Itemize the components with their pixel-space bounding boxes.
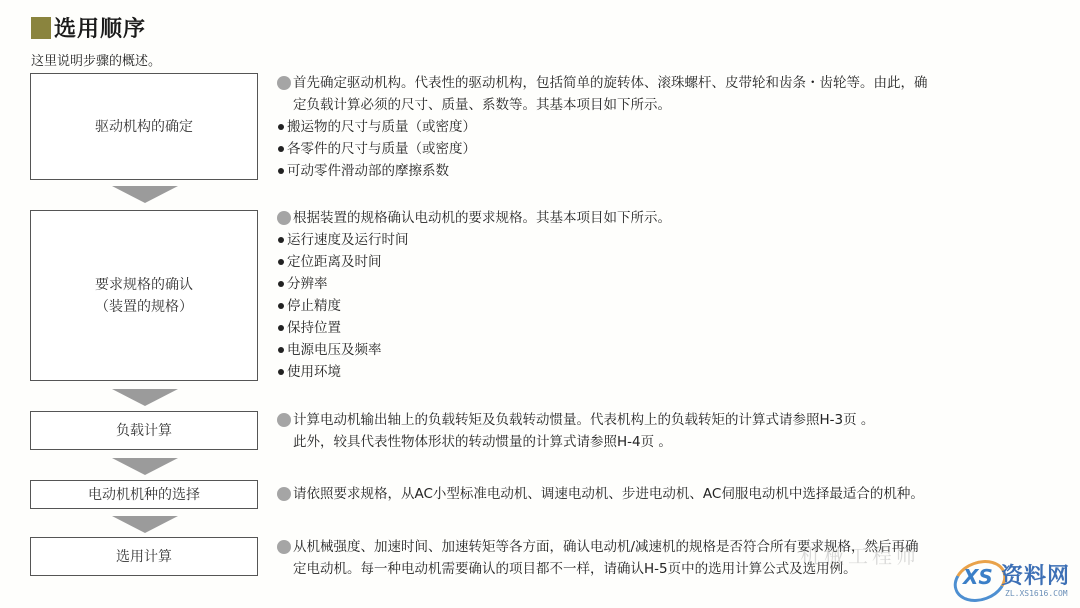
bullet-dot-icon: [278, 347, 284, 353]
step-sublabel: （装置的规格）: [95, 296, 193, 318]
lead-text: 首先确定驱动机构。代表性的驱动机构，包括简单的旋转体、滚珠螺杆、皮带轮和齿条・齿…: [293, 72, 928, 94]
watermark-brand: 资料网: [1001, 559, 1070, 590]
lead-text: 根据装置的规格确认电动机的要求规格。其基本项目如下所示。: [293, 207, 671, 229]
bullet-item: 保持位置: [277, 317, 671, 339]
intro-text: 这里说明步骤的概述。: [31, 50, 161, 69]
bullet-dot-icon: [278, 146, 284, 152]
page-title: 选用顺序: [31, 12, 146, 43]
watermark-logo-text: XS: [963, 565, 993, 589]
bullet-item: 使用环境: [277, 361, 671, 383]
bullet-dot-icon: [278, 369, 284, 375]
lead-dot-icon: [277, 211, 291, 225]
bullet-dot-icon: [278, 168, 284, 174]
bullet-item: 运行速度及运行时间: [277, 229, 671, 251]
bullet-item: 定位距离及时间: [277, 251, 671, 273]
step-label: 驱动机构的确定: [95, 116, 193, 138]
bullet-dot-icon: [278, 281, 284, 287]
step-description-load-calculation: 计算电动机输出轴上的负载转矩及负载转动惯量。代表机构上的负载转矩的计算式请参照H…: [277, 409, 874, 453]
down-arrow-icon: [112, 516, 178, 533]
step-box-drive-mechanism: 驱动机构的确定: [30, 73, 258, 180]
lead-dot-icon: [277, 540, 291, 554]
down-arrow-icon: [112, 458, 178, 475]
watermark-overlay-text: 机械工程师: [800, 540, 920, 569]
bullet-dot-icon: [278, 237, 284, 243]
title-text: 选用顺序: [54, 12, 146, 43]
step-description-required-specs: 根据装置的规格确认电动机的要求规格。其基本项目如下所示。 运行速度及运行时间 定…: [277, 207, 671, 383]
lead-continuation: 定负载计算必须的尺寸、质量、系数等。其基本项目如下所示。: [277, 94, 928, 116]
down-arrow-icon: [112, 389, 178, 406]
lead-dot-icon: [277, 76, 291, 90]
bullet-item: 停止精度: [277, 295, 671, 317]
watermark-url: ZL.XS1616.COM: [1005, 589, 1068, 598]
step-box-motor-type-selection: 电动机机种的选择: [30, 480, 258, 509]
lead-dot-icon: [277, 487, 291, 501]
step-description-motor-type-selection: 请依照要求规格，从AC小型标准电动机、调速电动机、步进电动机、AC伺服电动机中选…: [277, 483, 924, 505]
bullet-item: 分辨率: [277, 273, 671, 295]
down-arrow-icon: [112, 186, 178, 203]
step-label: 负载计算: [116, 420, 172, 442]
step-label: 电动机机种的选择: [88, 484, 200, 506]
bullet-dot-icon: [278, 325, 284, 331]
step-description-drive-mechanism: 首先确定驱动机构。代表性的驱动机构，包括简单的旋转体、滚珠螺杆、皮带轮和齿条・齿…: [277, 72, 928, 182]
lead-text: 计算电动机输出轴上的负载转矩及负载转动惯量。代表机构上的负载转矩的计算式请参照H…: [293, 409, 874, 431]
lead-dot-icon: [277, 413, 291, 427]
lead-continuation: 此外，较具代表性物体形状的转动惯量的计算式请参照H-4页 。: [277, 431, 874, 453]
bullet-dot-icon: [278, 124, 284, 130]
bullet-item: 各零件的尺寸与质量（或密度）: [277, 138, 928, 160]
bullet-item: 可动零件滑动部的摩擦系数: [277, 160, 928, 182]
step-box-load-calculation: 负载计算: [30, 411, 258, 450]
step-label: 选用计算: [116, 546, 172, 568]
step-box-required-specs: 要求规格的确认 （装置的规格）: [30, 210, 258, 381]
lead-text: 请依照要求规格，从AC小型标准电动机、调速电动机、步进电动机、AC伺服电动机中选…: [293, 483, 924, 505]
step-box-selection-calculation: 选用计算: [30, 537, 258, 576]
bullet-item: 搬运物的尺寸与质量（或密度）: [277, 116, 928, 138]
step-label: 要求规格的确认: [95, 274, 193, 296]
bullet-item: 电源电压及频率: [277, 339, 671, 361]
title-marker-icon: [31, 17, 51, 39]
bullet-dot-icon: [278, 303, 284, 309]
watermark-logo: XS 资料网 ZL.XS1616.COM: [945, 555, 1075, 605]
bullet-dot-icon: [278, 259, 284, 265]
